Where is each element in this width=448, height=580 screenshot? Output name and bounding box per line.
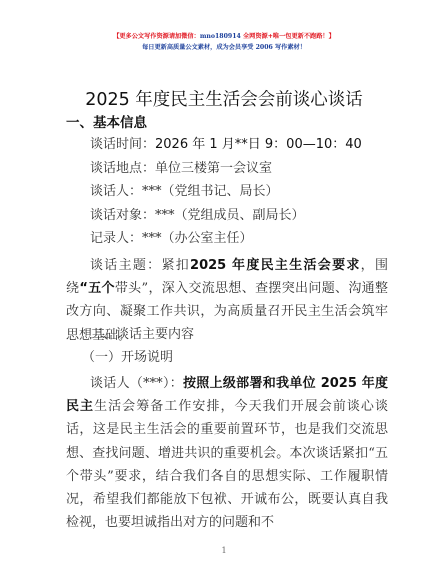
opening-label: 谈话人（***）：	[90, 376, 183, 391]
promo-text: 全网资源+唯一包更新不跑路！】	[241, 33, 335, 40]
document-title: 2025 年度民主生活会会前谈心谈话	[0, 86, 448, 111]
promo-line-2: 每日更新高质量公文素材，成为会员享受 2006 写作素材！	[0, 44, 448, 52]
section-heading-basic-info: 一、基本信息	[66, 111, 147, 131]
talk-place: 谈话地点：单位三楼第一会议室	[90, 161, 272, 177]
talk-recorder: 记录人：***（办公室主任）	[90, 231, 253, 247]
promo-line-1: 【更多公文写作资源请加微信：mno180914 全网资源+唯一包更新不跑路！】	[0, 33, 448, 41]
opening-paragraph: 谈话人（***）：按照上级部署和我单位 2025 年度民主生活会筹备工作安排，今…	[66, 372, 388, 534]
talk-target: 谈话对象：***（党组成员、副局长）	[90, 208, 305, 224]
opening-text: 生活会筹备工作安排，今天我们开展会前谈心谈话，这是民主生活会的重要前置环节，也是…	[66, 399, 388, 530]
time-label: 谈话时间：	[90, 137, 155, 152]
subsection-opening: （一）开场说明	[82, 350, 173, 366]
page-number: 1	[0, 546, 448, 555]
wechat-id: mno180914	[200, 33, 241, 40]
talk-speaker: 谈话人：***（党组书记、局长）	[90, 184, 279, 200]
time-value: 2026 年 1 月**日 9：00—10：40	[155, 137, 362, 152]
theme-bold: 2025 年度民主生活会要求	[190, 258, 361, 273]
theme-bold: “五个	[79, 281, 115, 296]
theme-label: 谈话主题：紧扣	[90, 258, 190, 273]
talk-time: 谈话时间：2026 年 1 月**日 9：00—10：40	[90, 137, 362, 153]
section-heading-main-content: 二、谈话主要内容	[90, 327, 194, 343]
promo-text: 【更多公文写作资源请加微信：	[113, 33, 200, 40]
